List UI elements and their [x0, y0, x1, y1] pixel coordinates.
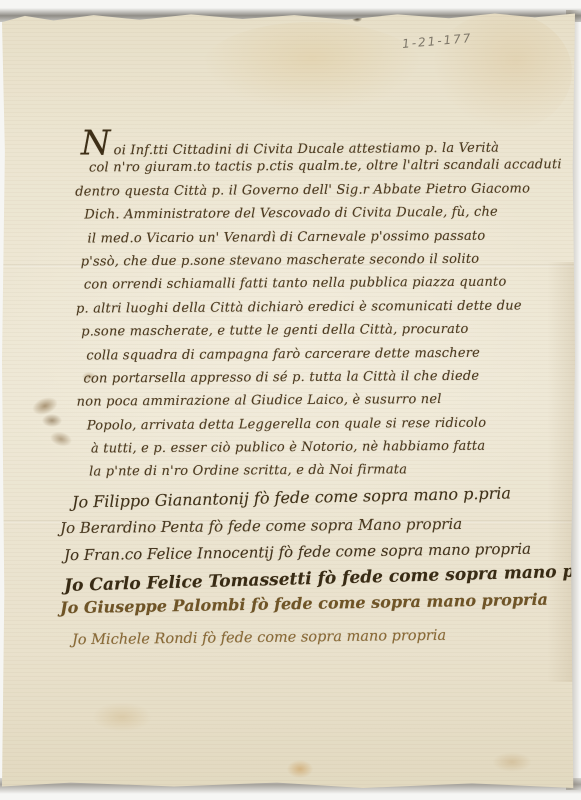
- manuscript-line: p'ssò, che due p.sone stevano mascherate…: [81, 247, 526, 273]
- archival-number-pencil: 1-21-177: [402, 31, 473, 51]
- edge-discoloration: [540, 262, 576, 682]
- manuscript-line: con orrendi schiamalli fatti tanto nella…: [84, 271, 526, 297]
- manuscript-line: col n'ro giuram.to tactis p.ctis qualm.t…: [89, 154, 525, 180]
- manuscript-line: p. altri luoghi della Città dichiarò ere…: [76, 294, 526, 321]
- manuscript-line: con portarsella appresso di sé p. tutta …: [83, 364, 526, 390]
- stain: [492, 752, 532, 772]
- stain: [30, 394, 60, 418]
- manuscript-line: Noi Inf.tti Cittadini di Civita Ducale a…: [81, 130, 525, 156]
- manuscript-line: colla squadra di campagna farò carcerare…: [86, 341, 526, 367]
- stain: [202, 22, 422, 112]
- stain: [92, 702, 152, 732]
- stain: [42, 414, 62, 427]
- scanned-document-stage: 1-21-177 Noi Inf.tti Cittadini di Civita…: [0, 0, 581, 800]
- manuscript-line: à tutti, e p. esser ciò publico è Notori…: [91, 435, 527, 461]
- stain: [432, 12, 572, 132]
- stain: [49, 430, 74, 449]
- manuscript-line: Dich. Amministratore del Vescovado di Ci…: [84, 201, 525, 227]
- manuscript-sheet: 1-21-177 Noi Inf.tti Cittadini di Civita…: [2, 12, 575, 788]
- signature-line: Jo Michele Rondi fò fede come sopra mano…: [72, 628, 446, 649]
- manuscript-line: il med.o Vicario un' Venardì di Carneval…: [87, 224, 525, 250]
- stain: [287, 760, 313, 778]
- manuscript-body-text: Noi Inf.tti Cittadini di Civita Ducale a…: [75, 130, 527, 484]
- fold-crease: [2, 520, 575, 523]
- manuscript-line: dentro questa Città p. il Governo dell' …: [75, 177, 525, 204]
- signature-line: Jo Berardino Penta fò fede come sopra Ma…: [60, 515, 462, 537]
- signature-line: Jo Carlo Felice Tomassetti fò fede come …: [64, 560, 581, 596]
- manuscript-line: Popolo, arrivata detta Leggerella con qu…: [87, 411, 527, 437]
- manuscript-line: la p'nte di n'ro Ordine scritta, e dà No…: [89, 458, 527, 484]
- signature-line: Jo Filippo Gianantonij fò fede come sopr…: [72, 483, 511, 511]
- signature-line: Jo Fran.co Felice Innocentij fò fede com…: [64, 540, 531, 565]
- manuscript-line: p.sone mascherate, e tutte le genti dell…: [81, 318, 526, 344]
- signature-line: Jo Giuseppe Palombi fò fede come sopra m…: [60, 590, 548, 618]
- manuscript-line: non poca ammirazione al Giudice Laico, è…: [77, 388, 527, 415]
